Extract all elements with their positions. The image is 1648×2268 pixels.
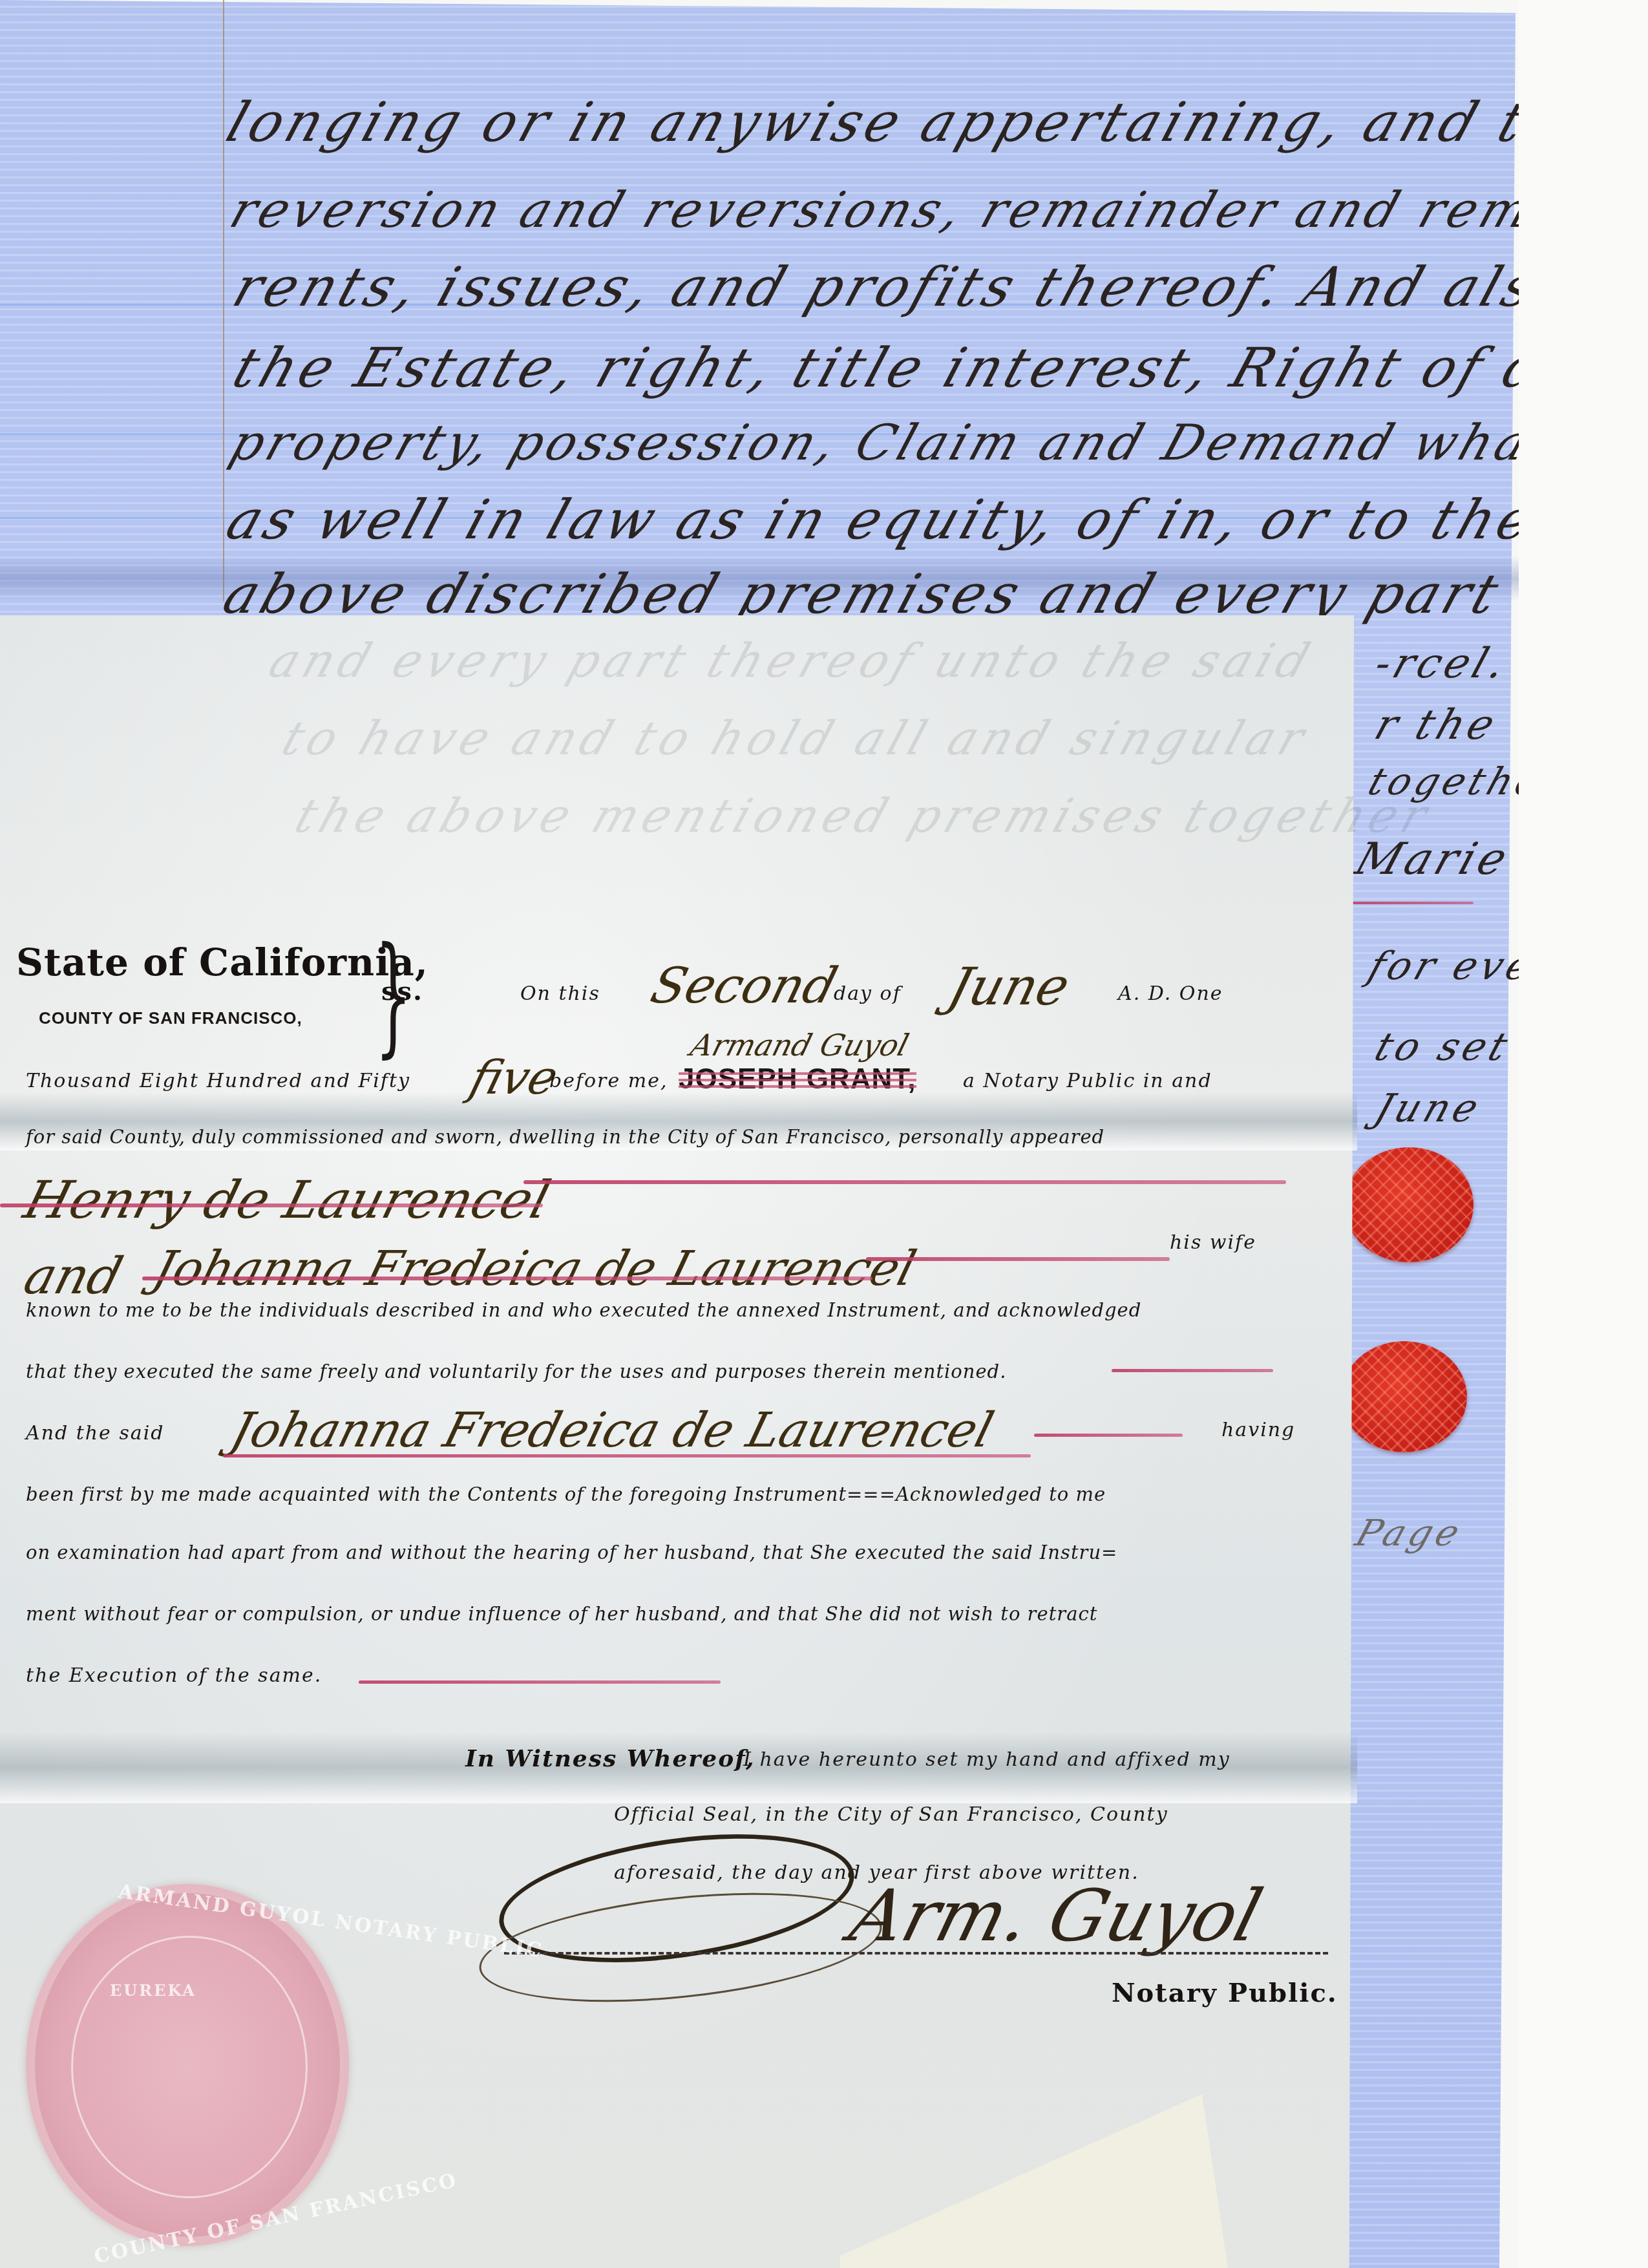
line2-suffix: a Notary Public in and	[963, 1070, 1212, 1092]
line2-prefix: Thousand Eight Hundred and Fifty	[26, 1070, 410, 1092]
red-underline	[1112, 1369, 1273, 1372]
deed-fragment: -rcel.	[1369, 640, 1516, 688]
line1-suffix: A. D. One	[1118, 982, 1223, 1005]
line11: ment without fear or compulsion, or undu…	[26, 1603, 1097, 1625]
red-underline	[866, 1257, 1170, 1261]
witness-line1: I have hereunto set my hand and affixed …	[743, 1748, 1231, 1771]
show-through-text: to have and to hold all and singular	[275, 711, 1316, 765]
deed-line-2: reversion and reversions, remainder and …	[224, 181, 1648, 238]
show-through-text: and every part thereof unto the said	[262, 633, 1321, 688]
line8-prefix: And the said	[26, 1422, 164, 1445]
deed-fragment: r the	[1369, 701, 1505, 749]
line12: the Execution of the same.	[26, 1664, 322, 1687]
person1-name: Henry de Laurencel	[18, 1170, 557, 1230]
line1-mid: day of	[834, 982, 902, 1005]
line6: known to me to be the individuals descri…	[26, 1299, 1141, 1321]
person2-suffix: his wife	[1170, 1231, 1256, 1254]
embossed-notary-seal: ARMAND GUYOL NOTARY PUBLIC EUREKA COUNTY…	[26, 1884, 349, 2246]
person2-name: Johanna Fredeica de Laurencel	[147, 1241, 922, 1297]
line10: on examination had apart from and withou…	[26, 1542, 1117, 1563]
line8-suffix: having	[1221, 1419, 1295, 1441]
red-underline	[0, 1203, 543, 1207]
line9: been first by me made acquainted with th…	[26, 1483, 1106, 1505]
notary-public-title: Notary Public.	[1112, 1978, 1338, 2008]
line1-prefix: On this	[520, 982, 600, 1005]
person2-prefix: and	[18, 1247, 129, 1306]
red-wax-seal	[1341, 1341, 1467, 1452]
month-value: June	[942, 957, 1076, 1017]
deed-line-5: property, possession, Claim and Demand w…	[224, 414, 1648, 471]
deed-fragment: June	[1369, 1086, 1488, 1131]
show-through-text: the above mentioned premises together	[288, 789, 1439, 843]
wife-name: Johanna Fredeica de Laurencel	[225, 1403, 999, 1458]
seal-motto: EUREKA	[110, 1981, 196, 2000]
margin-rule	[223, 0, 224, 601]
deed-line-4: the Estate, right, title interest, Right…	[226, 336, 1648, 399]
struck-notary-name: JOSEPH GRANT,	[679, 1063, 916, 1096]
red-underline	[142, 1277, 872, 1280]
red-underline	[1344, 902, 1474, 904]
signature-line	[504, 1952, 1328, 1955]
line2-mid: before me,	[549, 1070, 668, 1092]
deed-fragment: Page	[1350, 1512, 1468, 1554]
notary-signature: Arm. Guyol	[842, 1874, 1271, 1957]
red-underline	[1034, 1434, 1183, 1437]
witness-lead: In Witness Whereof,	[465, 1745, 755, 1772]
red-wax-seal	[1344, 1147, 1474, 1262]
red-underline	[359, 1680, 721, 1684]
scan-background	[1519, 0, 1648, 2268]
line3: for said County, duly commissioned and s…	[26, 1126, 1104, 1148]
day-value: Second	[645, 957, 843, 1014]
red-underline	[523, 1180, 1286, 1184]
state-heading: State of California,	[16, 940, 428, 984]
line7: that they executed the same freely and v…	[26, 1361, 1006, 1383]
notary-inserted-name: Armand Guyol	[687, 1028, 913, 1063]
deed-line-3: rents, issues, and profits thereof. And …	[226, 255, 1648, 319]
deed-line-1: longing or in anywise appertaining, and …	[219, 90, 1611, 154]
ss-mark: ss.	[381, 976, 423, 1006]
seal-inner-ring	[71, 1936, 308, 2198]
deed-fragment: to set	[1369, 1024, 1517, 1070]
red-underline	[223, 1454, 1031, 1457]
witness-line2: Official Seal, in the City of San Franci…	[614, 1803, 1168, 1826]
deed-line-6: as well in law as in equity, of in, or t…	[219, 488, 1545, 551]
county-heading: COUNTY OF SAN FRANCISCO,	[39, 1008, 302, 1028]
